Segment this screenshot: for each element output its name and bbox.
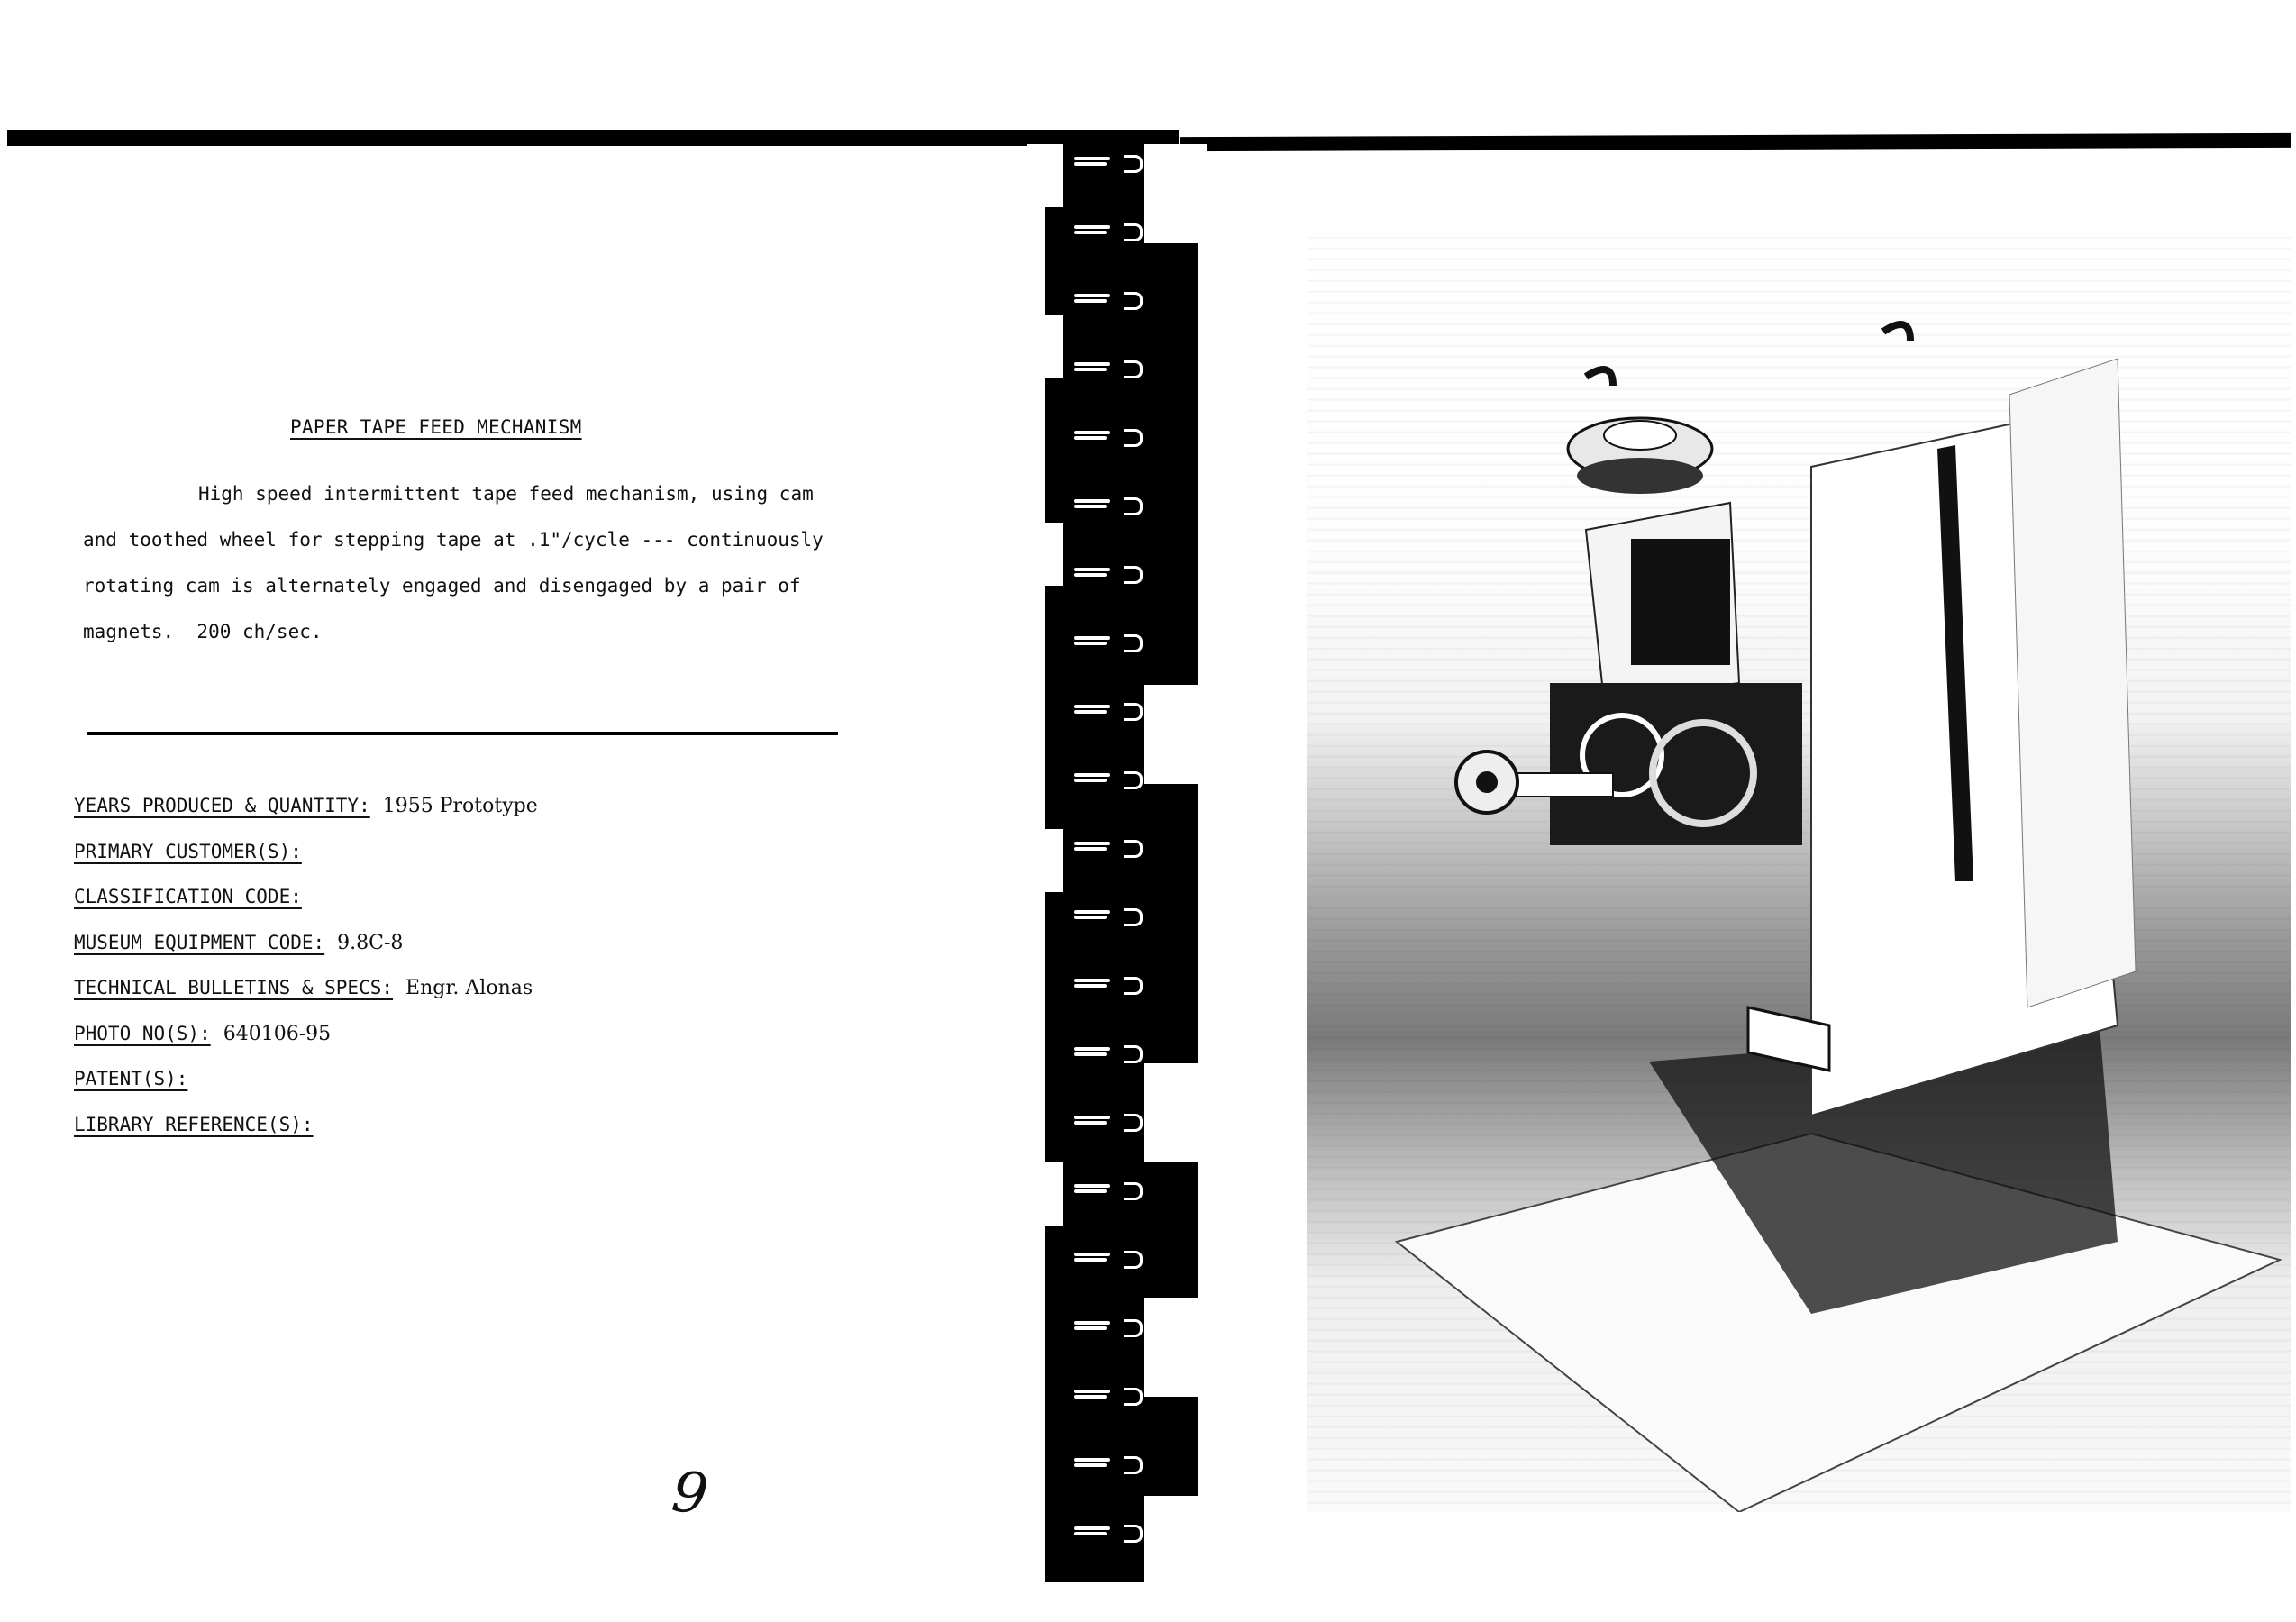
binding-ring-hook (1124, 634, 1143, 652)
field-label: MUSEUM EQUIPMENT CODE: (74, 932, 324, 953)
binding-ring (1071, 1319, 1146, 1332)
binding-notch (1027, 523, 1063, 586)
description-line: and toothed wheel for stepping tape at .… (83, 528, 876, 574)
binding-ring (1071, 292, 1146, 305)
field-photo-numbers: PHOTO NO(S):640106-95 (74, 1021, 538, 1067)
binding-ring-hook (1124, 223, 1143, 241)
mechanism-photo (1307, 232, 2291, 1512)
field-patents: PATENT(S): (74, 1066, 538, 1112)
binding-ring (1071, 1388, 1146, 1400)
field-value: 1955 Prototype (383, 795, 538, 817)
binding-notch (1027, 144, 1063, 207)
field-label: CLASSIFICATION CODE: (74, 886, 302, 907)
binding-ring (1071, 1456, 1146, 1469)
document-title: PAPER TAPE FEED MECHANISM (290, 416, 582, 438)
binding-ring-hook (1124, 292, 1143, 310)
field-library-references: LIBRARY REFERENCE(S): (74, 1112, 538, 1158)
description-line: High speed intermittent tape feed mechan… (83, 482, 876, 528)
binding-ring (1071, 908, 1146, 921)
field-technical-bulletins: TECHNICAL BULLETINS & SPECS:Engr. Alonas (74, 975, 538, 1021)
field-label: LIBRARY REFERENCE(S): (74, 1114, 314, 1135)
handwritten-page-number: 9 (669, 1458, 711, 1527)
binding-ring (1071, 1114, 1146, 1126)
binding-ring-hook (1124, 360, 1143, 378)
field-label: PRIMARY CUSTOMER(S): (74, 841, 302, 862)
binding-ring (1071, 771, 1146, 784)
binding-ring-hook (1124, 771, 1143, 789)
binding-ring (1071, 1182, 1146, 1195)
binding-ring (1071, 360, 1146, 373)
binding-notch (1144, 1496, 1207, 1595)
field-value: Engr. Alonas (405, 977, 533, 999)
binding-notch (1144, 1298, 1207, 1397)
binding-ring-hook (1124, 1525, 1143, 1543)
spiral-binding (1027, 144, 1207, 1582)
field-label: PHOTO NO(S): (74, 1023, 211, 1044)
binding-ring-hook (1124, 1114, 1143, 1132)
binding-notch (1027, 315, 1063, 378)
field-label: YEARS PRODUCED & QUANTITY: (74, 795, 370, 816)
binding-ring-hook (1124, 429, 1143, 447)
binding-notch (1027, 829, 1063, 892)
binding-ring-hook (1124, 1251, 1143, 1269)
binding-ring-hook (1124, 1319, 1143, 1337)
mechanism-illustration (1307, 232, 2291, 1512)
binding-notch (1144, 685, 1207, 784)
binding-ring-hook (1124, 1182, 1143, 1200)
binding-ring (1071, 429, 1146, 442)
binding-ring (1071, 1045, 1146, 1058)
binding-ring (1071, 497, 1146, 510)
top-black-band-right (1180, 133, 2291, 151)
binding-ring-hook (1124, 566, 1143, 584)
section-divider (87, 732, 838, 735)
description-paragraph: High speed intermittent tape feed mechan… (83, 482, 876, 666)
field-label: TECHNICAL BULLETINS & SPECS: (74, 977, 393, 998)
binding-notch (1144, 1063, 1207, 1162)
binding-ring-hook (1124, 840, 1143, 858)
binding-ring-hook (1124, 155, 1143, 173)
binding-ring (1071, 566, 1146, 579)
field-value: 9.8C-8 (337, 932, 403, 954)
binding-ring (1071, 703, 1146, 715)
binding-ring-hook (1124, 703, 1143, 721)
binding-ring (1071, 1251, 1146, 1263)
binding-ring-hook (1124, 1456, 1143, 1474)
binding-ring-hook (1124, 497, 1143, 515)
binding-notch (1144, 144, 1207, 243)
binding-ring-hook (1124, 1388, 1143, 1406)
field-primary-customer: PRIMARY CUSTOMER(S): (74, 839, 538, 885)
binding-ring-hook (1124, 1045, 1143, 1063)
binding-ring (1071, 223, 1146, 236)
binding-ring (1071, 155, 1146, 168)
field-years-produced: YEARS PRODUCED & QUANTITY:1955 Prototype (74, 793, 538, 839)
record-fields: YEARS PRODUCED & QUANTITY:1955 Prototype… (74, 793, 538, 1157)
field-label: PATENT(S): (74, 1068, 187, 1089)
field-museum-equipment-code: MUSEUM EQUIPMENT CODE:9.8C-8 (74, 930, 538, 976)
field-value: 640106-95 (223, 1023, 331, 1045)
binding-ring (1071, 1525, 1146, 1537)
binding-ring-hook (1124, 908, 1143, 926)
description-line: magnets. 200 ch/sec. (83, 620, 876, 666)
description-line: rotating cam is alternately engaged and … (83, 574, 876, 620)
binding-ring (1071, 634, 1146, 647)
binding-notch (1027, 1162, 1063, 1226)
top-black-band (7, 130, 1179, 146)
field-classification-code: CLASSIFICATION CODE: (74, 884, 538, 930)
binding-ring (1071, 840, 1146, 852)
binding-ring-hook (1124, 977, 1143, 995)
binding-ring (1071, 977, 1146, 989)
